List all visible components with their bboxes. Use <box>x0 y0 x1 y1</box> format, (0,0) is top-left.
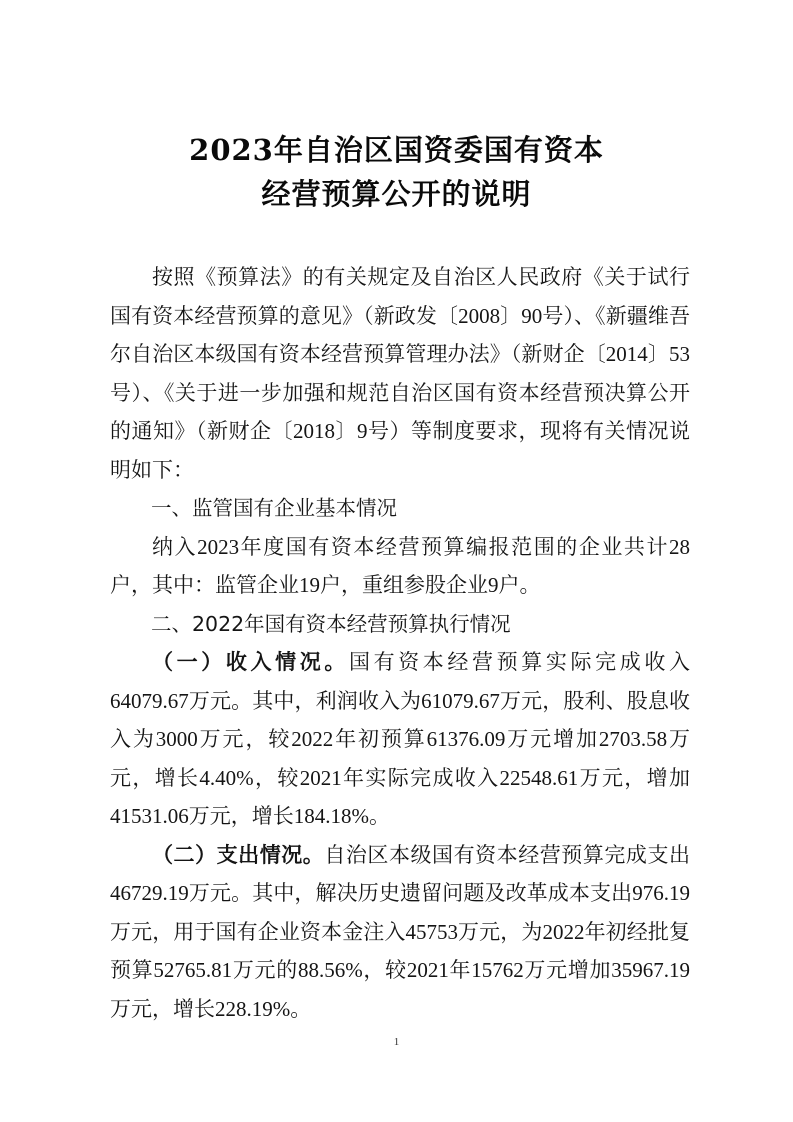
expense-lead: （二）支出情况。 <box>152 842 324 867</box>
section-1-paragraph: 纳入2023年度国有资本经营预算编报范围的企业共计28户，其中：监管企业19户，… <box>110 528 690 605</box>
expense-paragraph: （二）支出情况。自治区本级国有资本经营预算完成支出46729.19万元。其中，解… <box>110 836 690 1029</box>
income-paragraph: （一）收入情况。国有资本经营预算实际完成收入64079.67万元。其中，利润收入… <box>110 643 690 836</box>
income-text: 国有资本经营预算实际完成收入64079.67万元。其中，利润收入为61079.6… <box>110 650 690 828</box>
section-2-heading: 二、2022年国有资本经营预算执行情况 <box>110 605 690 644</box>
section-1-heading: 一、监管国有企业基本情况 <box>110 489 690 528</box>
document-page: 2023年自治区国资委国有资本 经营预算公开的说明 按照《预算法》的有关规定及自… <box>0 0 793 1122</box>
intro-paragraph: 按照《预算法》的有关规定及自治区人民政府《关于试行国有资本经营预算的意见》（新政… <box>110 258 690 489</box>
income-lead: （一）收入情况。 <box>152 649 349 674</box>
document-title-line-1: 2023年自治区国资委国有资本 <box>0 128 793 172</box>
document-title-line-2: 经营预算公开的说明 <box>0 172 793 216</box>
document-body: 按照《预算法》的有关规定及自治区人民政府《关于试行国有资本经营预算的意见》（新政… <box>110 258 690 1028</box>
page-number: 1 <box>0 1036 793 1048</box>
expense-text: 自治区本级国有资本经营预算完成支出46729.19万元。其中，解决历史遗留问题及… <box>110 843 690 1021</box>
